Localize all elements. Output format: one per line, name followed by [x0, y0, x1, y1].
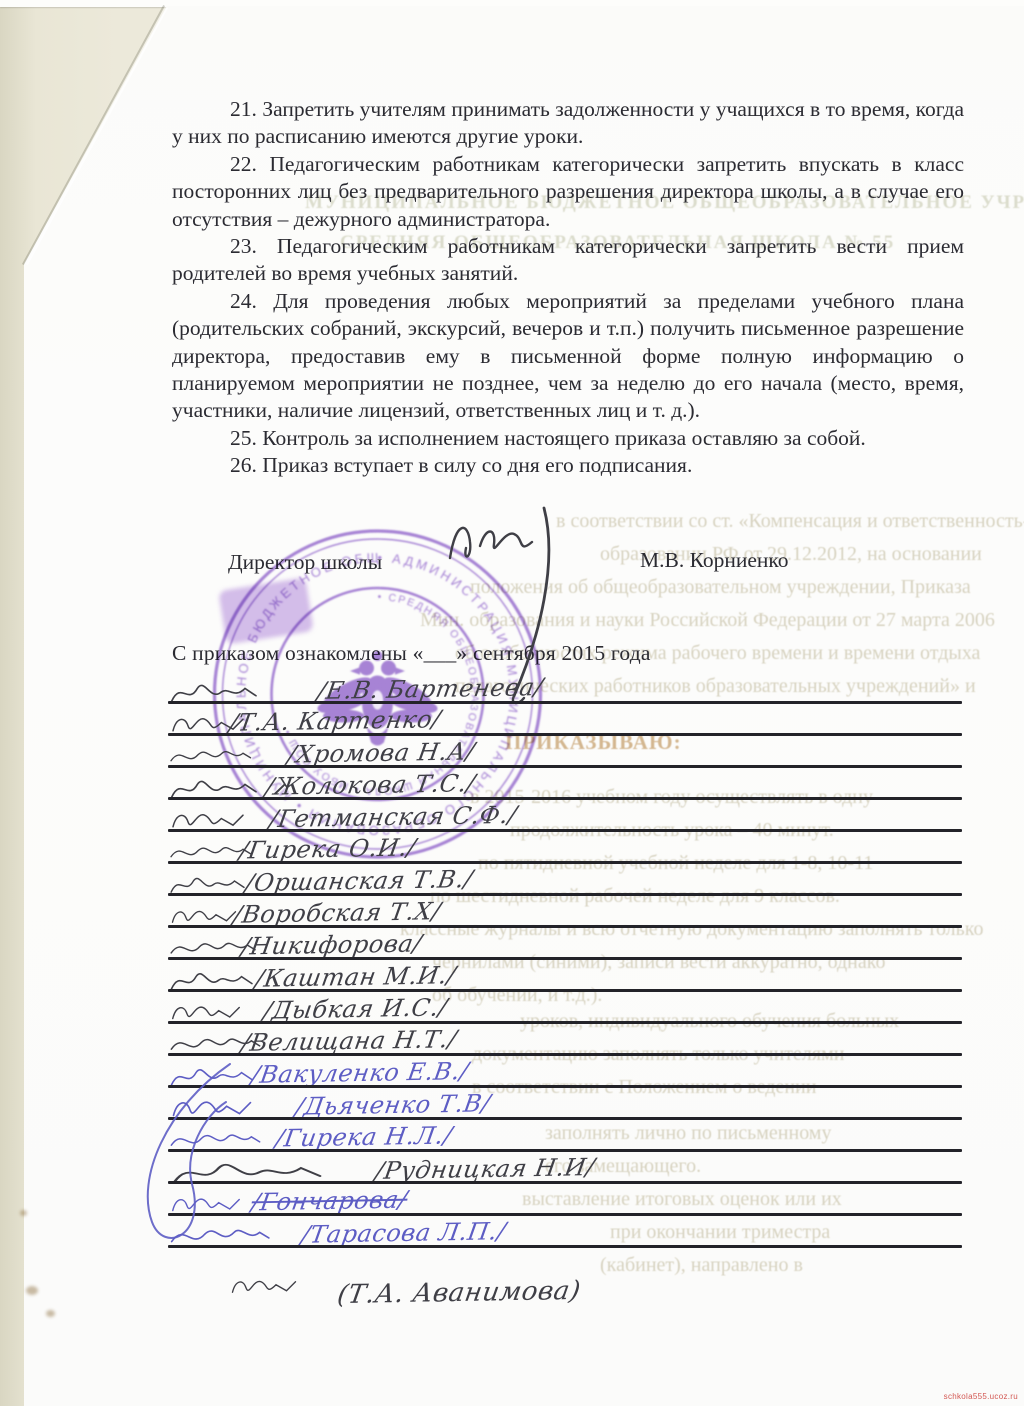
signature-row: /Оршанская Т.В./ [168, 864, 962, 896]
signature-row: /Дыбкая И.С./ [168, 992, 962, 1024]
signature-name: /Воробская Т.Х/ [231, 897, 443, 929]
paragraph-25: 25. Контроль за исполнением настоящего п… [172, 425, 964, 452]
signature-name: /Дыбкая И.С./ [262, 993, 450, 1024]
signature-row: /Гончарова/ [168, 1184, 962, 1216]
signature-name: /Оршанская Т.В./ [243, 865, 475, 897]
margin-flourish-icon [132, 1056, 252, 1261]
signature-row: /Каштан М.И./ [168, 960, 962, 992]
signature-name: /Рудницкая Н.И/ [373, 1153, 597, 1185]
order-text-block: 21. Запретить учителям принимать задолже… [172, 96, 964, 480]
paper-stain [46, 1310, 55, 1317]
signature-name: /Гончарова/ [250, 1186, 410, 1217]
director-name: М.В. Корниенко [640, 548, 789, 573]
bleedthrough-text: в соответствии со ст. «Компенсация и отв… [556, 510, 1024, 533]
signature-row: /Тарасова Л.П./ [168, 1216, 962, 1248]
signature-row: /Гирека Н.Л./ [168, 1120, 962, 1152]
signature-row: /Велищана Н.Т./ [168, 1024, 962, 1056]
signature-name: /Велищана Н.Т./ [239, 1025, 459, 1057]
scanner-top-strip [0, 0, 1024, 7]
signature-row: /Рудницкая Н.И/ [168, 1152, 962, 1184]
signature-name: /Вакуленко Е.В./ [249, 1057, 471, 1089]
final-signature-row: (Т.А. Аванимова) [228, 1252, 828, 1322]
paragraph-22: 22. Педагогическим работникам категориче… [172, 151, 964, 233]
signature-name: /Никифорова/ [240, 929, 425, 960]
paragraph-26: 26. Приказ вступает в силу со дня его по… [172, 452, 964, 479]
paper-stain [26, 1286, 38, 1295]
scanned-page-canvas: МУНИЦИПАЛЬНОЕ БЮДЖЕТНОЕ ОБЩЕОБРАЗОВАТЕЛЬ… [0, 0, 1024, 1406]
signature-name: /Дьяченко Т.В/ [293, 1089, 492, 1120]
signature-name: /Гирека Н.Л./ [274, 1121, 455, 1152]
paper-stain [20, 1210, 27, 1216]
signature-name: /Т.А. Картенко/ [227, 705, 443, 737]
signature-name: /Жолокова Т.С./ [263, 769, 477, 801]
signature-name: /Хромова Н.А/ [286, 737, 478, 768]
paragraph-21: 21. Запретить учителям принимать задолже… [172, 96, 964, 151]
signature-row: /Дьяченко Т.В/ [168, 1088, 962, 1120]
signature-list: /Е.В. Бартенева/ /Т.А. Картенко/ /Хромов… [168, 672, 962, 1248]
paragraph-24: 24. Для проведения любых мероприятий за … [172, 288, 964, 425]
signature-row: /Хромова Н.А/ [168, 736, 962, 768]
signature-row: /Е.В. Бартенева/ [168, 672, 962, 704]
signature-row: /Вакуленко Е.В./ [168, 1056, 962, 1088]
paragraph-23: 23. Педагогическим работникам категориче… [172, 233, 964, 288]
signature-row: /Никифорова/ [168, 928, 962, 960]
signature-row: /Воробская Т.Х/ [168, 896, 962, 928]
signature-row: /Гирека О.И./ [168, 832, 962, 864]
signature-row: /Т.А. Картенко/ [168, 704, 962, 736]
signature-name: (Т.А. Аванимова) [335, 1276, 583, 1310]
signature-name: /Е.В. Бартенева/ [315, 673, 545, 705]
signature-line [168, 1245, 962, 1248]
signature-name: /Каштан М.И./ [253, 961, 458, 992]
signature-name: /Гетманская С.Ф./ [267, 801, 519, 833]
signature-name: /Тарасова Л.П./ [299, 1217, 508, 1249]
signature-row: /Жолокова Т.С./ [168, 768, 962, 800]
site-watermark: schkola555.ucoz.ru [944, 1392, 1018, 1401]
signature-row: /Гетманская С.Ф./ [168, 800, 962, 832]
signature-name: /Гирека О.И./ [238, 833, 419, 864]
